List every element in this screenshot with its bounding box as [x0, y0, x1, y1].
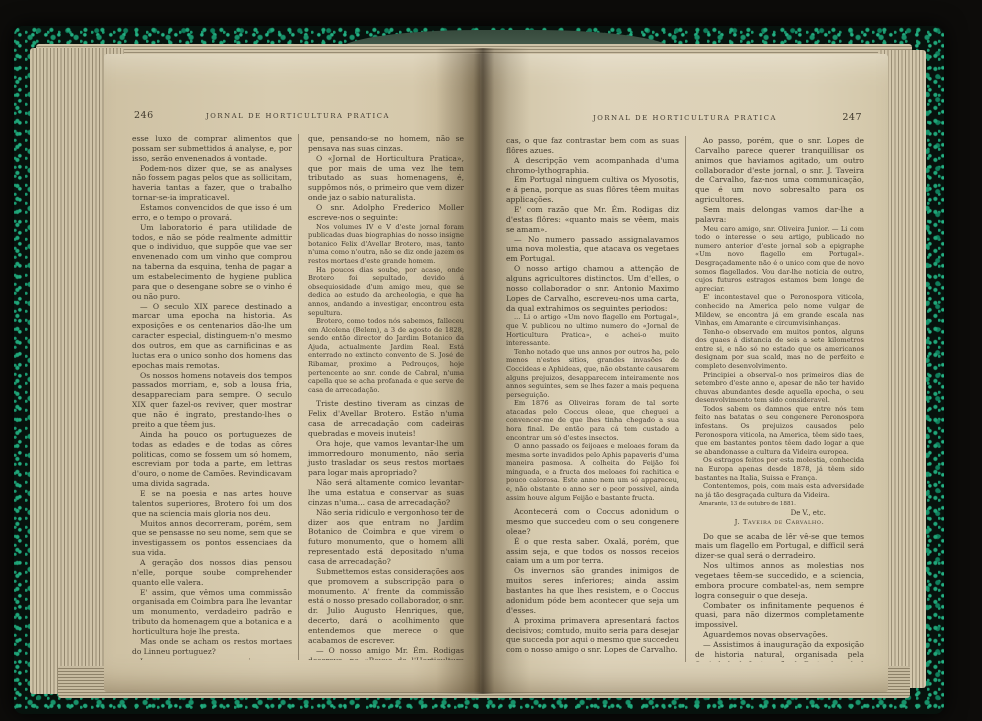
paragraph: Do que se acaba de lêr vê-se que temos m…: [695, 532, 864, 562]
paragraph: que, pensando-se no homem, não se pensav…: [308, 134, 464, 154]
paragraph: Estamos convencidos de que isso é um err…: [132, 203, 292, 223]
paragraph: Brotero, como todos nós sabemos, fallece…: [308, 317, 464, 394]
paragraph: Ainda ha pouco os portuguezes de todas a…: [132, 430, 292, 489]
paragraph: A geração dos nossos dias pensou n'elle,…: [132, 558, 292, 588]
paragraph: Meu caro amigo, snr. Oliveira Junior. — …: [695, 225, 864, 294]
paragraph: E' assim, que vêmos uma commissão organi…: [132, 588, 292, 637]
paragraph: J. Taveira de Carvalho.: [695, 518, 864, 527]
paragraph: — No numero passado assignalavamos uma n…: [506, 235, 679, 265]
paragraph: Os estragos feitos por esta molestia, co…: [695, 456, 864, 482]
page-header: 246 JORNAL DE HORTICULTURA PRATICA: [132, 110, 464, 126]
paragraph: — O seculo XIX parece destinado a marcar…: [132, 302, 292, 371]
paragraph: E se na poesia e nas artes houve talento…: [132, 489, 292, 519]
left-page: 246 JORNAL DE HORTICULTURA PRATICA esse …: [104, 54, 480, 692]
paragraph: Em Portugal ninguem cultiva os Myosotis,…: [506, 175, 679, 205]
paragraph: O anno passado os feijoaes e meloaes for…: [506, 442, 679, 502]
paragraph: O snr. Adolpho Frederico Moller escreve-…: [308, 203, 464, 223]
paragraph: Todos sabem os damnos que entre nós tem …: [695, 405, 864, 456]
paragraph: Não seria ridiculo e vergonhoso ter de d…: [308, 508, 464, 567]
paragraph: Contentemos, pois, com mais esta adversi…: [695, 482, 864, 499]
paragraph: Podem-nos dizer que, se as analyses não …: [132, 164, 292, 203]
paragraph: — O nosso amigo Mr. Ém. Rodigas descreve…: [308, 646, 464, 660]
paragraph: Triste destino tiveram as cinzas de Feli…: [308, 399, 464, 438]
paragraph: E' incontestavel que o Peronospora vitic…: [695, 293, 864, 327]
paragraph: Aguardemos novas observações.: [695, 630, 864, 640]
running-title: JORNAL DE HORTICULTURA PRATICA: [132, 112, 464, 120]
paragraph: Ao passo, porém, que o snr. Lopes de Car…: [695, 136, 864, 205]
page-header: JORNAL DE HORTICULTURA PRATICA 247: [506, 112, 864, 128]
paragraph: De V., etc.: [695, 509, 864, 518]
text-column: Ao passo, porém, que o snr. Lopes de Car…: [685, 136, 864, 662]
paragraph: E' com razão que Mr. Ém. Rodigas diz d'e…: [506, 205, 679, 235]
text-column: cas, o que faz contrastar bem com as sua…: [506, 136, 685, 662]
paragraph: ... Li o artigo «Um novo flagello em Por…: [506, 313, 679, 347]
right-page: JORNAL DE HORTICULTURA PRATICA 247 cas, …: [480, 54, 888, 692]
paragraph: Acontecerá com o Coccus adonidum o mesmo…: [506, 507, 679, 537]
paragraph: A descripção vem acompanhada d'uma chrom…: [506, 156, 679, 176]
paragraph: É o que resta saber. Oxalá, porém, que a…: [506, 537, 679, 567]
paragraph: O «Jornal de Horticultura Pratica», que …: [308, 154, 464, 203]
running-title: JORNAL DE HORTICULTURA PRATICA: [506, 114, 864, 122]
paragraph: Combater os infinitamente pequenos é qua…: [695, 601, 864, 631]
paragraph: A proxima primavera apresentará factos d…: [506, 616, 679, 655]
paragraph: Os invernos são grandes inimigos de muit…: [506, 566, 679, 615]
paragraph: Sem mais delongas vamos dar-lhe a palavr…: [695, 205, 864, 225]
paragraph: Nos volumes IV e V d'este jornal foram p…: [308, 223, 464, 266]
paragraph: Nos ultimos annos as molestias nos veget…: [695, 561, 864, 600]
paragraph: Em 1876 as Oliveiras foram de tal sorte …: [506, 399, 679, 442]
paragraph: O nosso artigo chamou a attenção de algu…: [506, 264, 679, 313]
paragraph: Ha poucos dias soube, por acaso, onde Br…: [308, 266, 464, 317]
paragraph: — Assistimos á inauguração da exposição …: [695, 640, 864, 662]
paragraph: Muitos annos decorreram, porém, sem que …: [132, 519, 292, 558]
paragraph: Tenho notado que uns annos por outros ha…: [506, 348, 679, 399]
text-column: esse luxo de comprar alimentos que possa…: [132, 134, 298, 660]
paragraph: Não será altamente comico levantar-lhe u…: [308, 478, 464, 508]
paragraph: Amarante, 13 de outubro de 1881.: [695, 501, 864, 508]
paragraph: Isso nunca se procurou averiguar, por-: [132, 657, 292, 660]
paragraph: Um laboratorio é para utilidade de todos…: [132, 223, 292, 302]
paragraph: Mas onde se acham os restos mortaes do L…: [132, 637, 292, 657]
paragraph: Submettemos estas considerações aos que …: [308, 567, 464, 646]
paragraph: esse luxo de comprar alimentos que possa…: [132, 134, 292, 164]
page-number: 247: [842, 112, 862, 123]
paragraph: Tenho-o observado em muitos pontos, algu…: [695, 328, 864, 371]
paragraph: Os nossos homens notaveis dos tempos pas…: [132, 371, 292, 430]
text-column: que, pensando-se no homem, não se pensav…: [298, 134, 464, 660]
paragraph: cas, o que faz contrastar bem com as sua…: [506, 136, 679, 156]
paragraph: Principiei a observal-o nos primeiros di…: [695, 371, 864, 405]
paragraph: Ora hoje, que vamos levantar-lhe um immo…: [308, 439, 464, 478]
